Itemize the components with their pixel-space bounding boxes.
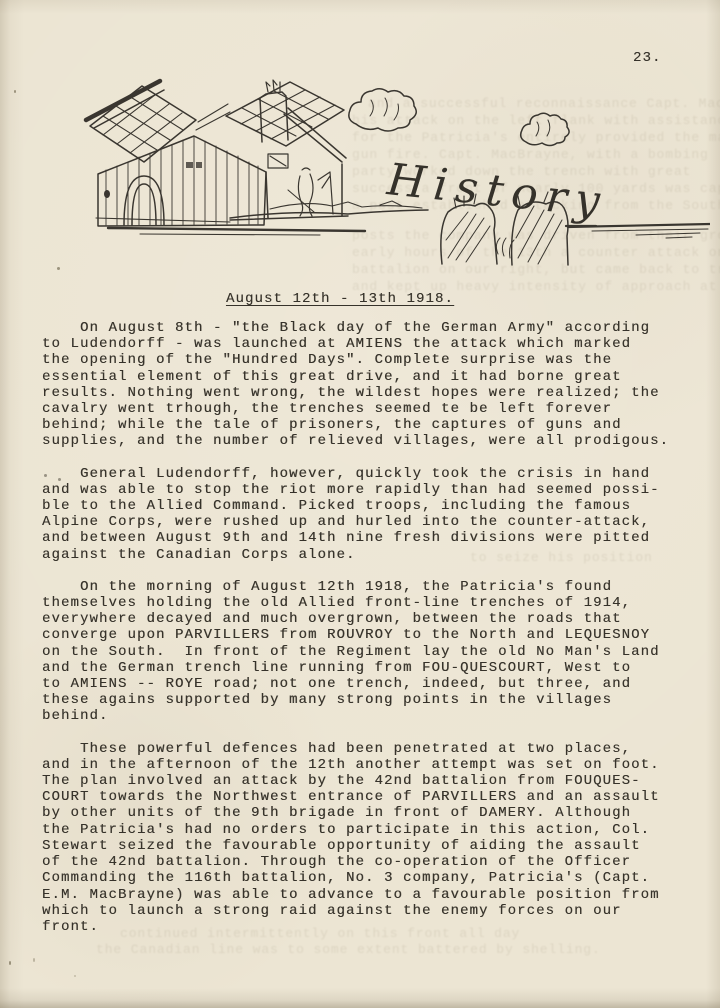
- history-caption: History: [384, 154, 610, 228]
- paragraph-morning-august-12th: On the morning of August 12th 1918, the …: [42, 579, 682, 725]
- history-illustration: History: [80, 78, 710, 280]
- stray-ink-dot: [58, 478, 61, 481]
- section-heading: August 12th - 13th 1918.: [42, 291, 638, 307]
- paragraph-powerful-defences: These powerful defences had been penetra…: [42, 741, 682, 935]
- paper-speck: [33, 958, 35, 962]
- cloud-right: [521, 113, 569, 145]
- paper-speck: [57, 267, 60, 270]
- paragraph-ludendorff: General Ludendorff, however, quickly too…: [42, 466, 682, 563]
- stray-ink-dot: [44, 474, 47, 477]
- paper-speck: [14, 90, 16, 93]
- body-text: On August 8th - "the Black day of the Ge…: [42, 320, 682, 951]
- paper-speck: [9, 961, 11, 965]
- scanned-document-page: and a successful reconnaissance Capt. Ma…: [0, 0, 720, 1008]
- paragraph-august-8th: On August 8th - "the Black day of the Ge…: [42, 320, 682, 450]
- cloud-left: [349, 89, 416, 131]
- paper-speck: [74, 975, 76, 977]
- page-number: 23.: [633, 50, 662, 66]
